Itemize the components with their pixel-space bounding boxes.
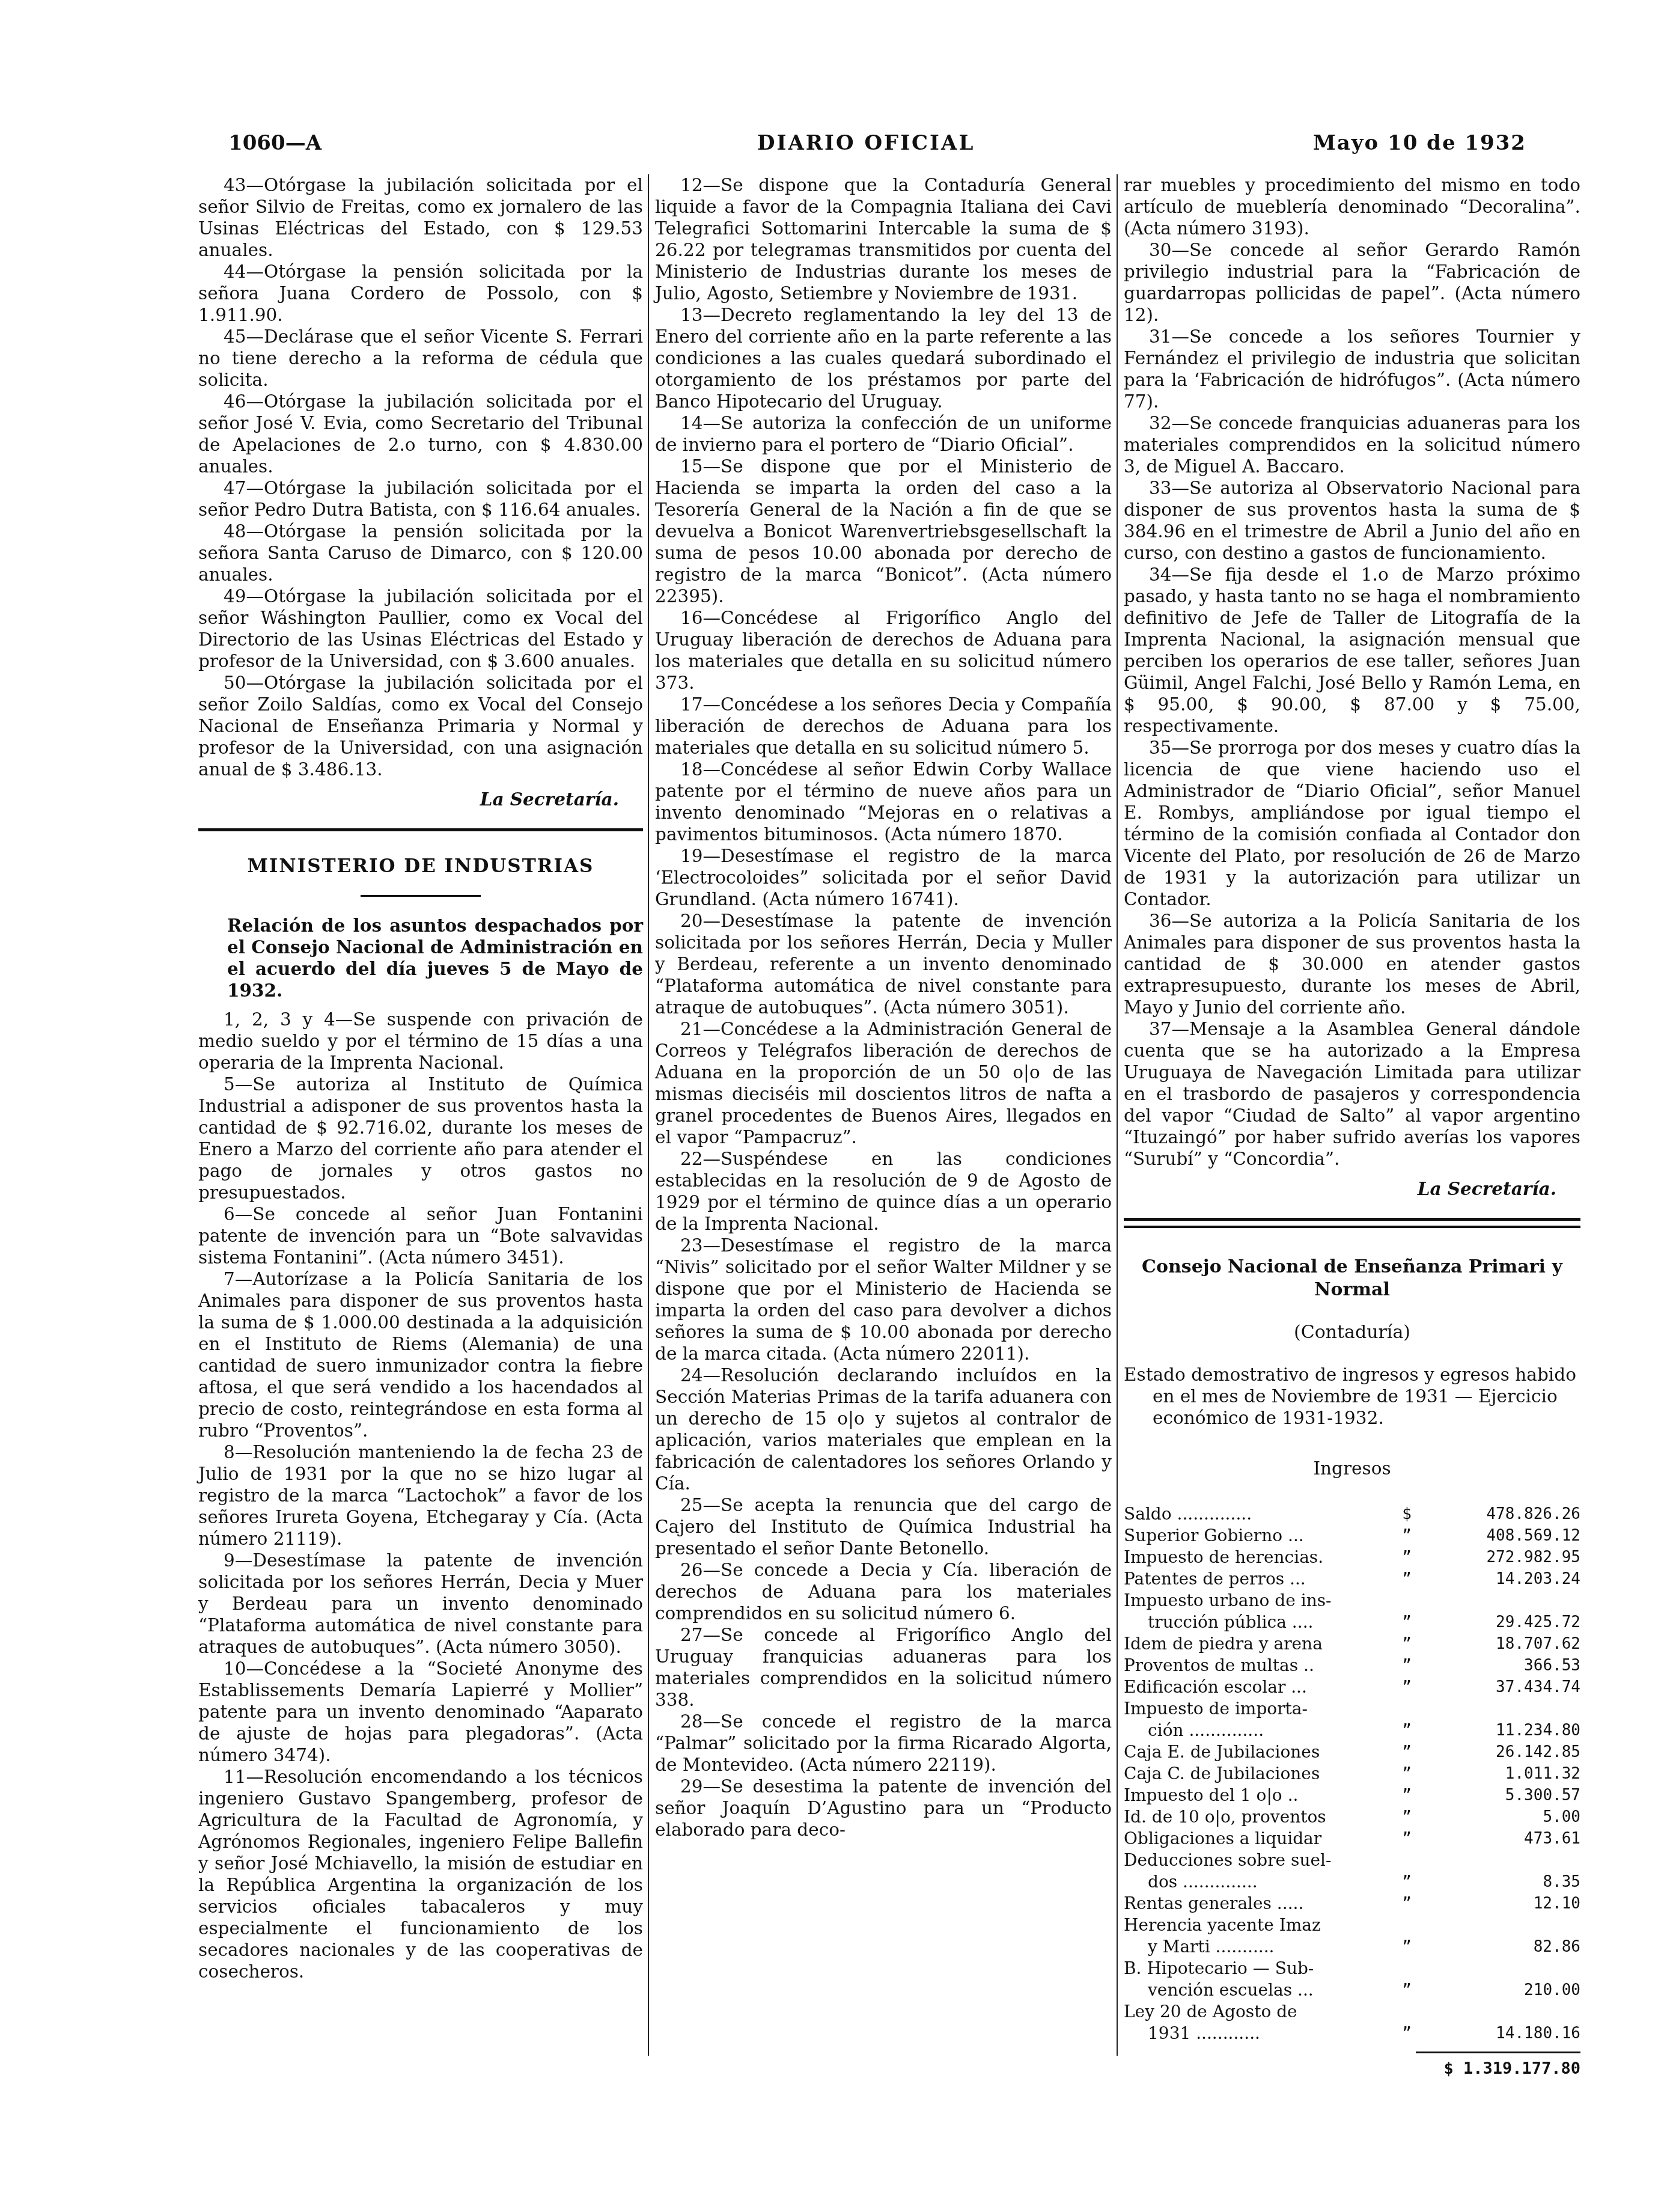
ledger-currency: ” (1389, 1828, 1425, 1850)
ledger-row: B. Hipotecario — Sub- (1124, 1958, 1580, 1979)
section-divider (198, 828, 643, 831)
ledger-amount (1425, 1698, 1580, 1720)
ledger-label: Obligaciones a liquidar (1124, 1828, 1389, 1850)
ledger-row: Deducciones sobre suel- (1124, 1850, 1580, 1871)
resolution-item: 27—Se concede al Frigorífico Anglo del U… (655, 1624, 1112, 1711)
ledger-label: Id. de 10 o|o, proventos (1124, 1806, 1389, 1828)
pension-list: 43—Otórgase la jubilación solicitada por… (198, 174, 643, 780)
ledger-label: dos .............. (1124, 1871, 1389, 1893)
resolution-item: 30—Se concede al señor Gerardo Ramón pri… (1124, 239, 1580, 326)
resolutions-list: 30—Se concede al señor Gerardo Ramón pri… (1124, 239, 1580, 1170)
resolution-item: 35—Se prorroga por dos meses y cuatro dí… (1124, 737, 1580, 910)
issue-date: Mayo 10 de 1932 (1313, 131, 1526, 155)
resolution-item: 33—Se autoriza al Observatorio Nacional … (1124, 477, 1580, 564)
ledger-row: Obligaciones a liquidar”473.61 (1124, 1828, 1580, 1850)
ledger-row: Patentes de perros ...”14.203.24 (1124, 1568, 1580, 1590)
ledger-label: y Marti ........... (1124, 1936, 1389, 1958)
ledger-row: vención escuelas ...”210.00 (1124, 1979, 1580, 2001)
ledger-currency (1389, 1914, 1425, 1936)
ledger-total: $ 1.319.177.80 (1124, 2058, 1580, 2080)
ledger-currency: ” (1389, 1893, 1425, 1914)
council-title: Consejo Nacional de Enseñanza Primari y … (1124, 1256, 1580, 1301)
title-underline (361, 895, 481, 897)
resolution-item: 37—Mensaje a la Asamblea General dándole… (1124, 1018, 1580, 1170)
ledger-label: Idem de piedra y arena (1124, 1633, 1389, 1655)
ledger-row: Superior Gobierno ...”408.569.12 (1124, 1525, 1580, 1547)
resolution-item: 50—Otórgase la jubilación solicitada por… (198, 672, 643, 780)
ledger-row: Impuesto de importa- (1124, 1698, 1580, 1720)
ledger-currency: ” (1389, 1871, 1425, 1893)
resolution-item: 46—Otórgase la jubilación solicitada por… (198, 391, 643, 477)
ledger-label: Caja C. de Jubilaciones (1124, 1763, 1389, 1785)
ledger-label: Patentes de perros ... (1124, 1568, 1389, 1590)
ledger-amount: 5.00 (1425, 1806, 1580, 1828)
ledger-label: Deducciones sobre suel- (1124, 1850, 1389, 1871)
ledger-label: Saldo .............. (1124, 1503, 1389, 1525)
ledger-label: 1931 ............ (1124, 2023, 1389, 2044)
ledger-amount (1425, 1914, 1580, 1936)
ledger-row: Caja E. de Jubilaciones”26.142.85 (1124, 1741, 1580, 1763)
ledger-amount: 366.53 (1425, 1655, 1580, 1676)
ledger-label: Impuesto del 1 o|o .. (1124, 1785, 1389, 1806)
ledger-row: trucción pública ....”29.425.72 (1124, 1612, 1580, 1633)
ledger-row: Impuesto de herencias.”272.982.95 (1124, 1547, 1580, 1568)
ledger-currency: ” (1389, 1612, 1425, 1633)
resolution-item: 21—Concédese a la Administración General… (655, 1018, 1112, 1148)
ledger-currency: ” (1389, 1763, 1425, 1785)
resolution-item: 13—Decreto reglamentando la ley del 13 d… (655, 304, 1112, 412)
ledger-row: Saldo ..............$478.826.26 (1124, 1503, 1580, 1525)
resolution-item: 23—Desestímase el registro de la marca “… (655, 1235, 1112, 1364)
ledger-currency: ” (1389, 1676, 1425, 1698)
resolution-item: 11—Resolución encomendando a los técnico… (198, 1766, 643, 1982)
ledger-amount: 473.61 (1425, 1828, 1580, 1850)
ledger-label: B. Hipotecario — Sub- (1124, 1958, 1389, 1979)
resolution-item: 19—Desestímase el registro de la marca ‘… (655, 845, 1112, 910)
ledger-amount: 37.434.74 (1425, 1676, 1580, 1698)
ledger-amount: 408.569.12 (1425, 1525, 1580, 1547)
ledger-amount: 272.982.95 (1425, 1547, 1580, 1568)
ledger-label: Rentas generales ..... (1124, 1893, 1389, 1914)
resolution-item: 31—Se concede a los señores Tournier y F… (1124, 326, 1580, 412)
ledger-amount (1425, 1850, 1580, 1871)
ledger-currency: ” (1389, 1806, 1425, 1828)
page-number: 1060—A (228, 131, 321, 155)
resolution-item: 49—Otórgase la jubilación solicitada por… (198, 585, 643, 672)
ledger-currency: ” (1389, 1785, 1425, 1806)
resolution-item: 12—Se dispone que la Contaduría General … (655, 174, 1112, 304)
ledger-label: vención escuelas ... (1124, 1979, 1389, 2001)
resolution-item: 29—Se desestima la patente de invención … (655, 1776, 1112, 1841)
ledger-label: Impuesto de importa- (1124, 1698, 1389, 1720)
resolution-item: 7—Autorízase a la Policía Sanitaria de l… (198, 1268, 643, 1441)
ledger-currency (1389, 1958, 1425, 1979)
ledger-amount: 82.86 (1425, 1936, 1580, 1958)
ledger-label: ción .............. (1124, 1720, 1389, 1741)
column-divider (648, 174, 649, 2056)
ledger-amount: 14.180.16 (1425, 2023, 1580, 2044)
resolution-item: 28—Se concede el registro de la marca “P… (655, 1711, 1112, 1776)
ledger-row: Herencia yacente Imaz (1124, 1914, 1580, 1936)
ledger-currency: ” (1389, 1525, 1425, 1547)
column-3: rar muebles y procedimiento del mismo en… (1124, 174, 1580, 2080)
ledger-label: Impuesto de herencias. (1124, 1547, 1389, 1568)
resolution-item: 48—Otórgase la pensión solicitada por la… (198, 521, 643, 585)
ledger-currency: ” (1389, 1979, 1425, 2001)
column-2: 12—Se dispone que la Contaduría General … (655, 174, 1112, 1841)
ledger-label: Edificación escolar ... (1124, 1676, 1389, 1698)
ledger-currency (1389, 1590, 1425, 1612)
ledger-amount: 1.011.32 (1425, 1763, 1580, 1785)
ledger-row: 1931 ............”14.180.16 (1124, 2023, 1580, 2044)
resolution-item: 26—Se concede a Decia y Cía. liberación … (655, 1559, 1112, 1624)
resolution-item: 10—Concédese a la “Societé Anonyme des E… (198, 1658, 643, 1766)
ledger-currency (1389, 1850, 1425, 1871)
section-title: MINISTERIO DE INDUSTRIAS (198, 855, 643, 877)
signature: La Secretaría. (198, 789, 619, 810)
ledger-label: Proventos de multas .. (1124, 1655, 1389, 1676)
resolution-item: 44—Otórgase la pensión solicitada por la… (198, 261, 643, 326)
ledger-label: Caja E. de Jubilaciones (1124, 1741, 1389, 1763)
resolution-item: 6—Se concede al señor Juan Fontanini pat… (198, 1203, 643, 1268)
ledger-label: Impuesto urbano de ins- (1124, 1590, 1389, 1612)
publication-title: DIARIO OFICIAL (757, 131, 975, 155)
resolution-item: 17—Concédese a los señores Decia y Compa… (655, 694, 1112, 759)
resolution-item: 14—Se autoriza la confección de un unifo… (655, 412, 1112, 456)
ledger-row: Edificación escolar ...”37.434.74 (1124, 1676, 1580, 1698)
ledger-amount: 8.35 (1425, 1871, 1580, 1893)
ledger-amount: 478.826.26 (1425, 1503, 1580, 1525)
section-divider (1124, 1218, 1580, 1228)
ledger-currency (1389, 2001, 1425, 2023)
continued-paragraph: rar muebles y procedimiento del mismo en… (1124, 174, 1580, 239)
ledger-row: Impuesto del 1 o|o ..”5.300.57 (1124, 1785, 1580, 1806)
signature: La Secretaría. (1124, 1178, 1556, 1200)
resolution-item: 8—Resolución manteniendo la de fecha 23 … (198, 1441, 643, 1550)
resolution-item: 45—Declárase que el señor Vicente S. Fer… (198, 326, 643, 391)
resolutions-list: 1, 2, 3 y 4—Se suspende con privación de… (198, 1009, 643, 1982)
ledger-currency (1389, 1698, 1425, 1720)
ledger-amount: 29.425.72 (1425, 1612, 1580, 1633)
ledger-currency: ” (1389, 1741, 1425, 1763)
resolution-item: 18—Concédese al señor Edwin Corby Wallac… (655, 759, 1112, 845)
resolution-item: 36—Se autoriza a la Policía Sanitaria de… (1124, 910, 1580, 1018)
ledger-amount: 12.10 (1425, 1893, 1580, 1914)
ledger-currency: ” (1389, 2023, 1425, 2044)
ledger-amount (1425, 2001, 1580, 2023)
council-subtitle: (Contaduría) (1124, 1322, 1580, 1343)
ledger-row: Proventos de multas ..”366.53 (1124, 1655, 1580, 1676)
resolution-item: 5—Se autoriza al Instituto de Química In… (198, 1074, 643, 1203)
ledger-amount: 18.707.62 (1425, 1633, 1580, 1655)
total-rule (1416, 2052, 1580, 2053)
resolution-item: 22—Suspéndese en las condiciones estable… (655, 1148, 1112, 1235)
ledger-row: Ley 20 de Agosto de (1124, 2001, 1580, 2023)
resolution-item: 16—Concédese al Frigorífico Anglo del Ur… (655, 607, 1112, 694)
ledger-label: trucción pública .... (1124, 1612, 1389, 1633)
column-1: 43—Otórgase la jubilación solicitada por… (198, 174, 643, 1982)
ledger-row: y Marti ...........”82.86 (1124, 1936, 1580, 1958)
column-divider (1117, 174, 1118, 2056)
section-lead: Relación de los asuntos despachados por … (198, 915, 643, 1001)
resolution-item: 34—Se fija desde el 1.o de Marzo próximo… (1124, 564, 1580, 737)
ledger-amount: 210.00 (1425, 1979, 1580, 2001)
resolution-item: 25—Se acepta la renuncia que del cargo d… (655, 1494, 1112, 1559)
ledger-currency: ” (1389, 1655, 1425, 1676)
ledger-amount: 26.142.85 (1425, 1741, 1580, 1763)
resolution-item: 32—Se concede franquicias aduaneras para… (1124, 412, 1580, 477)
ledger-title: Ingresos (1124, 1458, 1580, 1479)
ledger-row: ción ..............”11.234.80 (1124, 1720, 1580, 1741)
ledger-amount: 14.203.24 (1425, 1568, 1580, 1590)
ledger-amount (1425, 1958, 1580, 1979)
ledger-row: Id. de 10 o|o, proventos”5.00 (1124, 1806, 1580, 1828)
resolution-item: 9—Desestímase la patente de invención so… (198, 1550, 643, 1658)
page-header: 1060—A DIARIO OFICIAL Mayo 10 de 1932 (228, 131, 1526, 161)
ledger-currency: ” (1389, 1936, 1425, 1958)
ledger-row: Rentas generales .....”12.10 (1124, 1893, 1580, 1914)
resolutions-list: 12—Se dispone que la Contaduría General … (655, 174, 1112, 1841)
resolution-item: 43—Otórgase la jubilación solicitada por… (198, 174, 643, 261)
report-description: Estado demostrativo de ingresos y egreso… (1124, 1364, 1580, 1429)
ledger-row: dos ..............”8.35 (1124, 1871, 1580, 1893)
ledger-currency: $ (1389, 1503, 1425, 1525)
ledger-row: Caja C. de Jubilaciones”1.011.32 (1124, 1763, 1580, 1785)
ledger-row: Idem de piedra y arena”18.707.62 (1124, 1633, 1580, 1655)
ledger-amount (1425, 1590, 1580, 1612)
ledger-currency: ” (1389, 1633, 1425, 1655)
ledger-currency: ” (1389, 1547, 1425, 1568)
resolution-item: 24—Resolución declarando incluídos en la… (655, 1364, 1112, 1494)
ledger-label: Ley 20 de Agosto de (1124, 2001, 1389, 2023)
ledger-amount: 11.234.80 (1425, 1720, 1580, 1741)
resolution-item: 1, 2, 3 y 4—Se suspende con privación de… (198, 1009, 643, 1074)
ledger-label: Superior Gobierno ... (1124, 1525, 1389, 1547)
ledger-label: Herencia yacente Imaz (1124, 1914, 1389, 1936)
income-ledger: Saldo ..............$478.826.26Superior … (1124, 1503, 1580, 2044)
resolution-item: 15—Se dispone que por el Ministerio de H… (655, 456, 1112, 607)
ledger-row: Impuesto urbano de ins- (1124, 1590, 1580, 1612)
resolution-item: 20—Desestímase la patente de invención s… (655, 910, 1112, 1018)
resolution-item: 47—Otórgase la jubilación solicitada por… (198, 477, 643, 521)
ledger-currency: ” (1389, 1568, 1425, 1590)
ledger-currency: ” (1389, 1720, 1425, 1741)
ledger-amount: 5.300.57 (1425, 1785, 1580, 1806)
